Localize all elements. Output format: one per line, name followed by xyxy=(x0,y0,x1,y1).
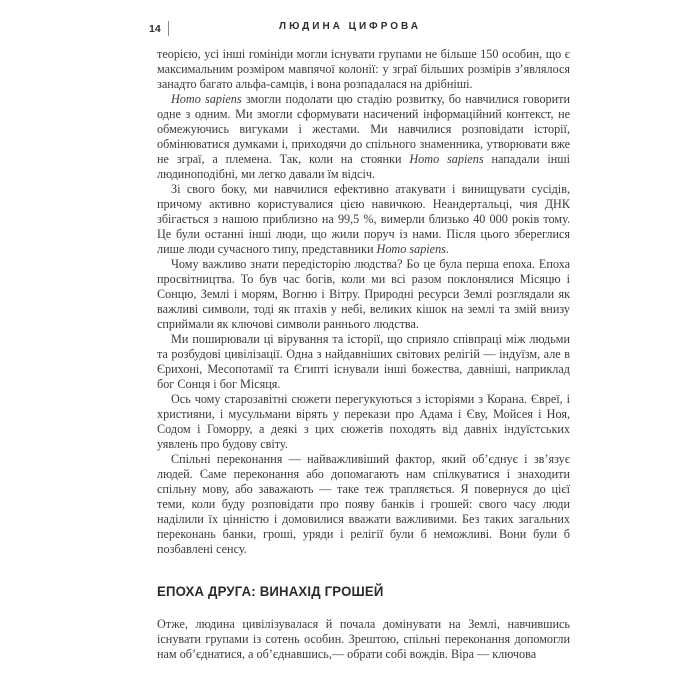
text-run: Отже, людина цивілізувалася й почала дом… xyxy=(157,617,570,661)
italic-text-run: Homo sapiens xyxy=(171,92,242,106)
page-number-group: 14 xyxy=(149,21,169,36)
paragraph: Чому важливо знати передісторію людства?… xyxy=(157,257,570,332)
paragraph: Ось чому старозавітні сюжети перегукують… xyxy=(157,392,570,452)
running-head: ЛЮДИНА ЦИФРОВА xyxy=(0,21,700,32)
text-run: Зі свого боку, ми навчилися ефективно ат… xyxy=(157,182,570,256)
text-run: Спільні переконання — найважливіший факт… xyxy=(157,452,570,556)
paragraph: Спільні переконання — найважливіший факт… xyxy=(157,452,570,557)
paragraph: теорією, усі інші гомініди могли існуват… xyxy=(157,47,570,92)
text-run: Ми поширювали ці вірування та історії, щ… xyxy=(157,332,570,391)
page-header: 14 ЛЮДИНА ЦИФРОВА xyxy=(0,21,700,37)
section-paragraphs: Отже, людина цивілізувалася й почала дом… xyxy=(157,617,570,662)
intro-paragraphs: теорією, усі інші гомініди могли існуват… xyxy=(157,47,570,557)
page-number: 14 xyxy=(149,23,161,35)
text-run: Чому важливо знати передісторію людства?… xyxy=(157,257,570,331)
text-run: . xyxy=(446,242,449,256)
text-run: теорією, усі інші гомініди могли існуват… xyxy=(157,47,570,91)
folio-divider xyxy=(168,21,170,36)
section-heading: ЕПОХА ДРУГА: ВИНАХІД ГРОШЕЙ xyxy=(157,584,545,599)
book-page: 14 ЛЮДИНА ЦИФРОВА теорією, усі інші гомі… xyxy=(0,0,700,700)
italic-text-run: Homo sapiens xyxy=(377,242,446,256)
body-text: теорією, усі інші гомініди могли існуват… xyxy=(157,47,570,662)
paragraph: Отже, людина цивілізувалася й почала дом… xyxy=(157,617,570,662)
paragraph: Ми поширювали ці вірування та історії, щ… xyxy=(157,332,570,392)
italic-text-run: Homo sapiens xyxy=(409,152,483,166)
paragraph: Зі свого боку, ми навчилися ефективно ат… xyxy=(157,182,570,257)
text-run: Ось чому старозавітні сюжети перегукують… xyxy=(157,392,570,451)
paragraph: Homo sapiens змогли подолати цю стадію р… xyxy=(157,92,570,182)
